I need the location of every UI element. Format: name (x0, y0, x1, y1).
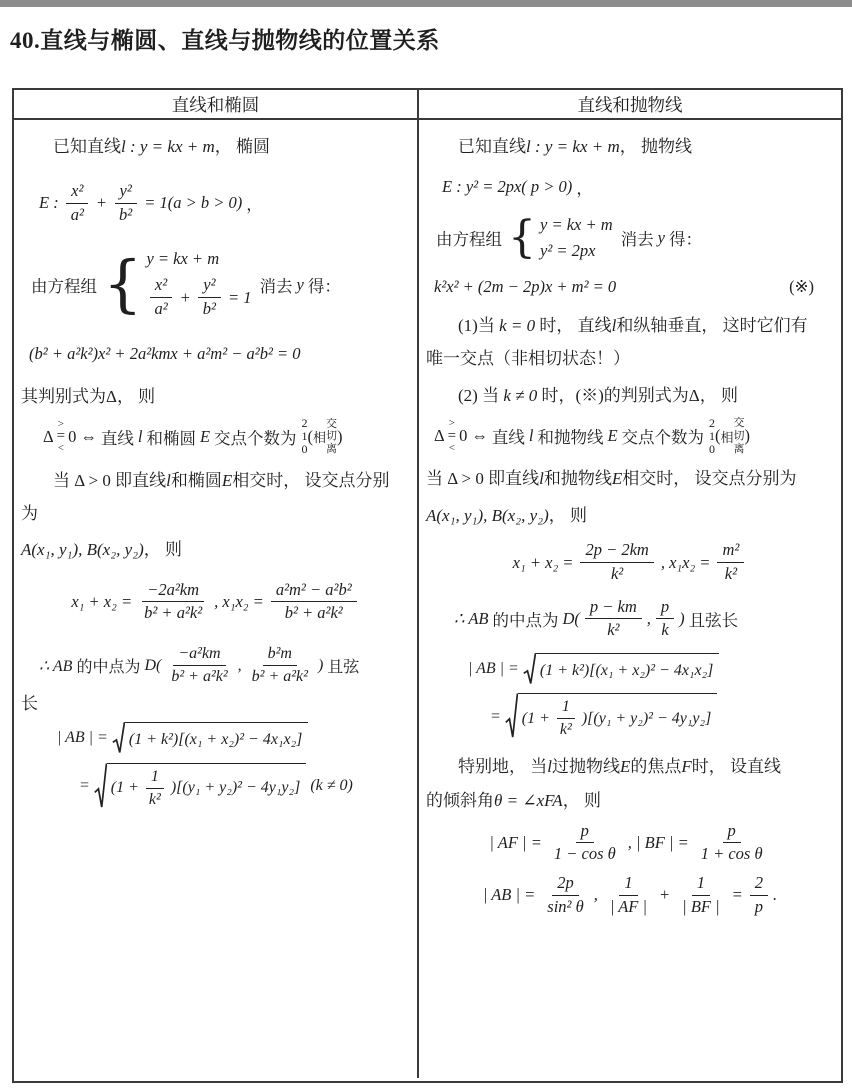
ellipse-chord-line2: = (1 +1k²)[(y₁ + y₂)² − 4y₁y₂] (k ≠ 0) (21, 763, 410, 810)
system-lines: y = kx + m x²a² + y²b² = 1 (144, 249, 253, 319)
ellipse-curve-equation: E : x²a² + y²b² = 1(a > b > 0) ， (21, 181, 410, 225)
fraction: a²m² − a²b²b² + a²k² (269, 580, 359, 624)
ellipse-intro: 已知直线l : y = kx + m， 椭圆 (21, 130, 410, 163)
ellipse-vieta: x₁ + x₂ = −2a²kmb² + a²k² , x₁x₂ = a²m² … (21, 580, 410, 624)
ellipse-chord-length: | AB | = (1 + k²)[(x₁ + x₂)² − 4x₁x₂] = … (21, 722, 410, 810)
ellipse-points: A(x₁, y₁), B(x₂, y₂)， 则 (21, 533, 410, 566)
parabola-chord-line1: | AB | = (1 + k²)[(x₁ + x₂)² − 4x₁x₂] (426, 653, 834, 686)
parabola-vieta: x₁ + x₂ = 2p − 2kmk² , x₁x₂ = m²k² (426, 540, 834, 584)
sqrt-expression: (1 +1k²)[(y₁ + y₂)² − 4y₁y₂] (505, 693, 718, 740)
page-title: 40.直线与椭圆、直线与抛物线的位置关系 (10, 22, 852, 55)
fraction: 1| BF | (675, 873, 726, 917)
parabola-focal-intro-line1: 特别地， 当l过抛物线E的焦点F时， 设直线 (426, 750, 834, 783)
sqrt-expression: (1 + k²)[(x₁ + x₂)² − 4x₁x₂] (523, 653, 720, 686)
parabola-column: 已知直线l : y = kx + m， 抛物线 E : y² = 2px( p … (419, 120, 841, 1078)
system-lines: y = kx + m y² = 2px (538, 215, 615, 261)
fraction: p1 + cos θ (694, 821, 770, 865)
ellipse-cases: Δ >=< 0 ⇔ 直线l和椭圆E交点个数为 210 ( 相 交切离 ) (21, 417, 410, 457)
fraction: x²a² (64, 181, 91, 225)
comparison-table: 直线和椭圆 直线和抛物线 已知直线l : y = kx + m， 椭圆 E : … (12, 88, 843, 1083)
table-header-row: 直线和椭圆 直线和抛物线 (14, 90, 841, 120)
comparator-stack: >=< (448, 418, 456, 454)
ellipse-discriminant: 其判别式为Δ， 则 (21, 380, 410, 413)
fraction: −a²kmb² + a²k² (164, 644, 234, 687)
fraction: p1 − cos θ (547, 821, 623, 865)
ellipse-midpoint: ∴ AB 的中点为 D( −a²kmb² + a²k² , b²mb² + a²… (21, 644, 410, 687)
radical-sign-icon (505, 693, 518, 740)
fraction: 2p − 2kmk² (578, 540, 655, 584)
iff-arrow-icon: ⇔ (80, 427, 97, 447)
parabola-quadratic: k²x² + (2m − 2p)x + m² = 0 (※) (426, 277, 834, 297)
parabola-chord-length: | AB | = (1 + k²)[(x₁ + x₂)² − 4x₁x₂] = … (426, 653, 834, 741)
brace-icon: { (103, 255, 142, 314)
relation-stack: 交切离 (326, 418, 337, 456)
sqrt-expression: (1 + k²)[(x₁ + x₂)² − 4x₁x₂] (112, 722, 309, 755)
fraction: b²mb² + a²k² (245, 644, 315, 687)
ellipse-intersect-wrap: 为 (21, 497, 410, 530)
radical-sign-icon (94, 763, 107, 810)
parabola-focal-intro-line2: 的倾斜角θ = ∠xFA， 则 (426, 784, 834, 817)
ellipse-midpoint-wrap: 长 (21, 687, 410, 720)
parabola-midpoint: ∴ AB 的中点为 D( p − kmk² , pk ) 且弦长 (426, 597, 834, 641)
fraction: 1k² (553, 697, 579, 740)
ellipse-chord-line1: | AB | = (1 + k²)[(x₁ + x₂)² − 4x₁x₂] (21, 722, 410, 755)
parabola-intersect-text: 当 Δ > 0 即直线l和抛物线E相交时， 设交点分别为 (426, 462, 834, 495)
sqrt-expression: (1 +1k²)[(y₁ + y₂)² − 4y₁y₂] (94, 763, 307, 810)
ellipse-intersect-text: 当 Δ > 0 即直线l和椭圆E相交时， 设交点分别 (21, 464, 410, 497)
parabola-equation-system: 由方程组 { y = kx + m y² = 2px 消去 y 得： (426, 215, 834, 261)
ellipse-equation-system: 由方程组 { y = kx + m x²a² + y²b² = 1 消去 y 得… (21, 249, 410, 319)
fraction: −2a²kmb² + a²k² (137, 580, 209, 624)
reference-mark: (※) (789, 277, 814, 297)
ellipse-quadratic: (b² + a²k²)x² + 2a²kmx + a²m² − a²b² = 0 (21, 344, 410, 364)
parabola-case2: (2) 当 k ≠ 0 时，(※)的判别式为Δ， 则 (426, 379, 834, 412)
header-line-parabola: 直线和抛物线 (419, 90, 841, 118)
fraction: pk (654, 597, 676, 641)
iff-arrow-icon: ⇔ (471, 426, 488, 446)
parabola-focal-chords: | AF | = p1 − cos θ , | BF | = p1 + cos … (426, 821, 834, 865)
parabola-cases: Δ >=< 0 ⇔ 直线l和抛物线E交点个数为 210 ( 相 交切离 ) (426, 417, 834, 457)
parabola-curve-equation: E : y² = 2px( p > 0) ， (426, 175, 834, 199)
parabola-chord-line2: = (1 +1k²)[(y₁ + y₂)² − 4y₁y₂] (426, 693, 834, 740)
fraction: p − kmk² (583, 597, 644, 641)
fraction: 1| AF | (603, 873, 654, 917)
parabola-case1-line1: (1)当 k = 0 时， 直线l和纵轴垂直， 这时它们有 (426, 309, 834, 342)
fraction: y²b² (196, 275, 223, 319)
fraction: 2psin² θ (540, 873, 590, 917)
radical-sign-icon (523, 653, 536, 686)
fraction: m²k² (715, 540, 746, 584)
table-body-row: 已知直线l : y = kx + m， 椭圆 E : x²a² + y²b² =… (14, 120, 841, 1078)
fraction: x²a² (147, 275, 174, 319)
comparator-stack: >=< (57, 419, 65, 455)
ellipse-column: 已知直线l : y = kx + m， 椭圆 E : x²a² + y²b² =… (14, 120, 419, 1078)
fraction: 2p (748, 873, 770, 917)
radical-sign-icon (112, 722, 125, 755)
relation-stack: 交切离 (734, 417, 745, 455)
fraction: 1k² (142, 767, 168, 810)
fraction: y²b² (112, 181, 139, 225)
parabola-intro: 已知直线l : y = kx + m， 抛物线 (426, 130, 834, 163)
header-line-ellipse: 直线和椭圆 (14, 90, 419, 118)
system-line2: x²a² + y²b² = 1 (144, 275, 253, 319)
brace-icon: { (508, 217, 536, 259)
parabola-focal-ab: | AB | = 2psin² θ , 1| AF | + 1| BF | = … (426, 873, 834, 917)
parabola-points: A(x₁, y₁), B(x₂, y₂)， 则 (426, 499, 834, 532)
scan-edge-strip (0, 0, 852, 7)
parabola-case1-line2: 唯一交点（非相切状态！） (426, 342, 834, 375)
